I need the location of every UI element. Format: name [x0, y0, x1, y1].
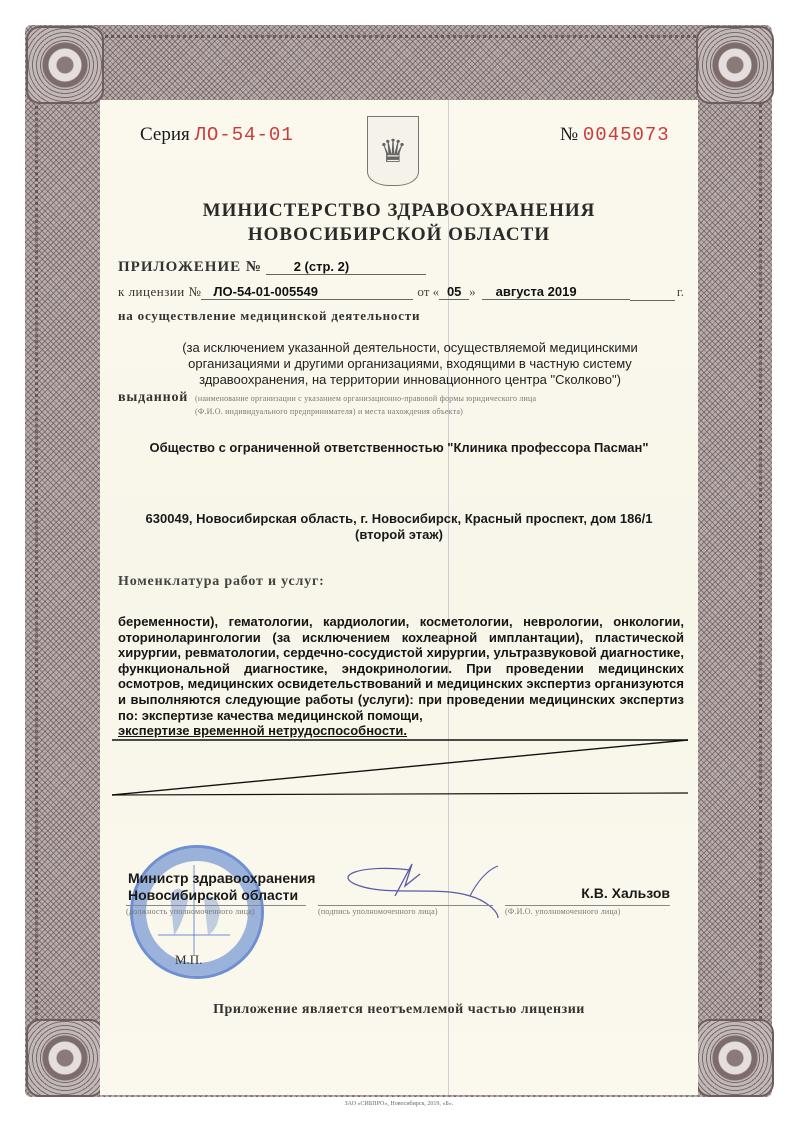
- license-day: 05: [439, 284, 469, 300]
- number-label: №: [560, 124, 578, 145]
- appendix-row: ПРИЛОЖЕНИЕ № 2 (стр. 2): [118, 259, 426, 276]
- position-line1: Министр здравоохранения: [128, 870, 315, 887]
- corner-ornament: [26, 26, 104, 104]
- issued-hint-line2: (Ф.И.О. индивидуального предпринимателя)…: [195, 407, 463, 416]
- address-line2: (второй этаж): [100, 527, 698, 542]
- nomenclature-body: беременности), гематологии, кардиологии,…: [118, 614, 684, 723]
- printer-imprint: ЗАО «СИБПРО», Новосибирск, 2019, «Б».: [100, 1101, 698, 1107]
- day-close: »: [469, 284, 476, 300]
- address-line1: 630049, Новосибирская область, г. Новоси…: [100, 511, 698, 526]
- activity-label: на осуществление медицинской деятельност…: [118, 308, 420, 324]
- coat-of-arms-icon: ♛: [367, 116, 419, 186]
- appendix-value: 2 (стр. 2): [266, 259, 426, 275]
- year-suffix: г.: [677, 284, 684, 300]
- activity-note: (за исключением указанной деятельности, …: [150, 340, 670, 388]
- name-hint: (Ф.И.О. уполномоченного лица): [505, 905, 670, 916]
- authority-title-line2: НОВОСИБИРСКОЙ ОБЛАСТИ: [100, 224, 698, 246]
- organization-name: Общество с ограниченной ответственностью…: [100, 440, 698, 455]
- from-label: от «: [417, 284, 439, 300]
- form-number: № 0045073: [560, 124, 670, 146]
- signatory-name: К.В. Хальзов: [500, 885, 670, 901]
- license-label: к лицензии №: [118, 284, 201, 300]
- signature-hint: (подпись уполномоченного лица): [318, 905, 493, 916]
- position-hint: (должность уполномоченного лица): [126, 905, 306, 916]
- strike-through-lines: [100, 730, 700, 810]
- appendix-label: ПРИЛОЖЕНИЕ №: [118, 259, 262, 275]
- series-value: ЛО-54-01: [195, 124, 294, 146]
- stamp-mark: М.П.: [175, 952, 202, 968]
- position-line2: Новосибирской области: [128, 887, 315, 904]
- series-field: Серия ЛО-54-01: [140, 124, 294, 146]
- signatory-position: Министр здравоохранения Новосибирской об…: [128, 870, 315, 904]
- corner-ornament: [696, 1019, 774, 1097]
- authority-title-line1: МИНИСТЕРСТВО ЗДРАВООХРАНЕНИЯ: [100, 200, 698, 222]
- issued-label: выданной: [118, 390, 188, 406]
- license-number: ЛО-54-01-005549: [201, 284, 413, 300]
- footer-statement: Приложение является неотъемлемой частью …: [100, 1002, 698, 1018]
- issued-hint-line1: (наименование организации с указанием ор…: [195, 394, 536, 403]
- corner-ornament: [26, 1019, 104, 1097]
- license-row: к лицензии № ЛО-54-01-005549 от « 05 » а…: [118, 284, 684, 301]
- number-value: 0045073: [583, 124, 670, 146]
- corner-ornament: [696, 26, 774, 104]
- series-label: Серия: [140, 124, 190, 145]
- license-month-year: августа 2019: [482, 284, 630, 300]
- nomenclature-text: беременности), гематологии, кардиологии,…: [118, 614, 684, 739]
- nomenclature-label: Номенклатура работ и услуг:: [118, 574, 325, 590]
